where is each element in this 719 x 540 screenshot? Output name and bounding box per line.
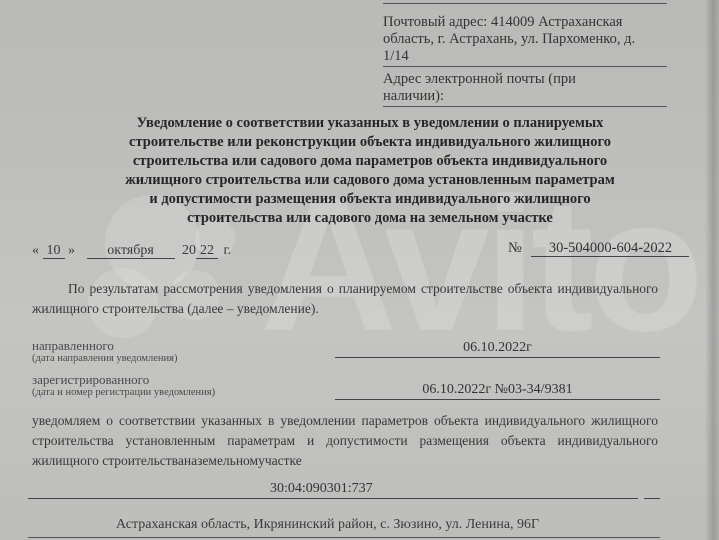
title-line: строительства или садового дома параметр… (60, 152, 680, 171)
sent-date-value: 06.10.2022г (335, 339, 660, 358)
email-label-line: Адрес электронной почты (при (383, 71, 667, 88)
intro-paragraph: По результатам рассмотрения уведомления … (32, 279, 658, 319)
title-line: Уведомление о соответствии указанных в у… (60, 114, 680, 133)
title-line: и допустимости размещения объекта индиви… (60, 190, 680, 209)
sent-label: направленного (32, 338, 114, 353)
sent-sublabel: (дата направления уведомления) (32, 353, 177, 365)
number-sign: № (508, 240, 522, 256)
quote-open: « (32, 243, 39, 258)
quote-close: » (68, 243, 75, 258)
date-year-unit: г. (224, 243, 232, 258)
registered-sublabel: (дата и номер регистрации уведомления) (32, 387, 215, 399)
postal-address-line: Почтовый адрес: 414009 Астраханская (383, 14, 667, 31)
notice-paragraph: уведомляем о соответствии указанных в ув… (32, 411, 658, 471)
cadastral-number-field: 30:04:090301:737 (28, 479, 660, 499)
document-number: № 30-504000-604-2022 (508, 240, 689, 257)
registered-value: 06.10.2022г №03-34/9381 (335, 381, 660, 400)
title-line: строительстве или реконструкции объекта … (60, 133, 680, 152)
divider (383, 3, 667, 4)
land-address: Астраханская область, Икрянинский район,… (116, 517, 539, 533)
number-value: 30-504000-604-2022 (531, 241, 689, 257)
postal-address-line: область, г. Астрахань, ул. Пархоменко, д… (383, 31, 667, 48)
title-line: жилищного строительства или садового дом… (60, 171, 680, 190)
issue-date: « 10 » октября 2022 г. (32, 243, 231, 259)
date-month: октября (87, 243, 175, 259)
date-year-prefix: 20 (182, 243, 196, 258)
recipient-address-block: Почтовый адрес: 414009 Астраханская обла… (383, 0, 667, 107)
registered-label: зарегистрированного (32, 372, 149, 387)
postal-address-line: 1/14 (383, 48, 667, 67)
date-year-suffix: 22 (196, 243, 218, 259)
page-edge-shadow (705, 0, 719, 540)
date-day: 10 (43, 243, 65, 259)
document-title: Уведомление о соответствии указанных в у… (60, 114, 680, 228)
email-label-line: наличии): (383, 88, 667, 107)
title-line: строительства или садового дома на земел… (60, 209, 680, 228)
document-photo: Avito Почтовый адрес: 414009 Астраханска… (0, 0, 719, 540)
cadastral-number: 30:04:090301:737 (270, 481, 373, 497)
land-address-field: Астраханская область, Икрянинский район,… (28, 515, 660, 538)
